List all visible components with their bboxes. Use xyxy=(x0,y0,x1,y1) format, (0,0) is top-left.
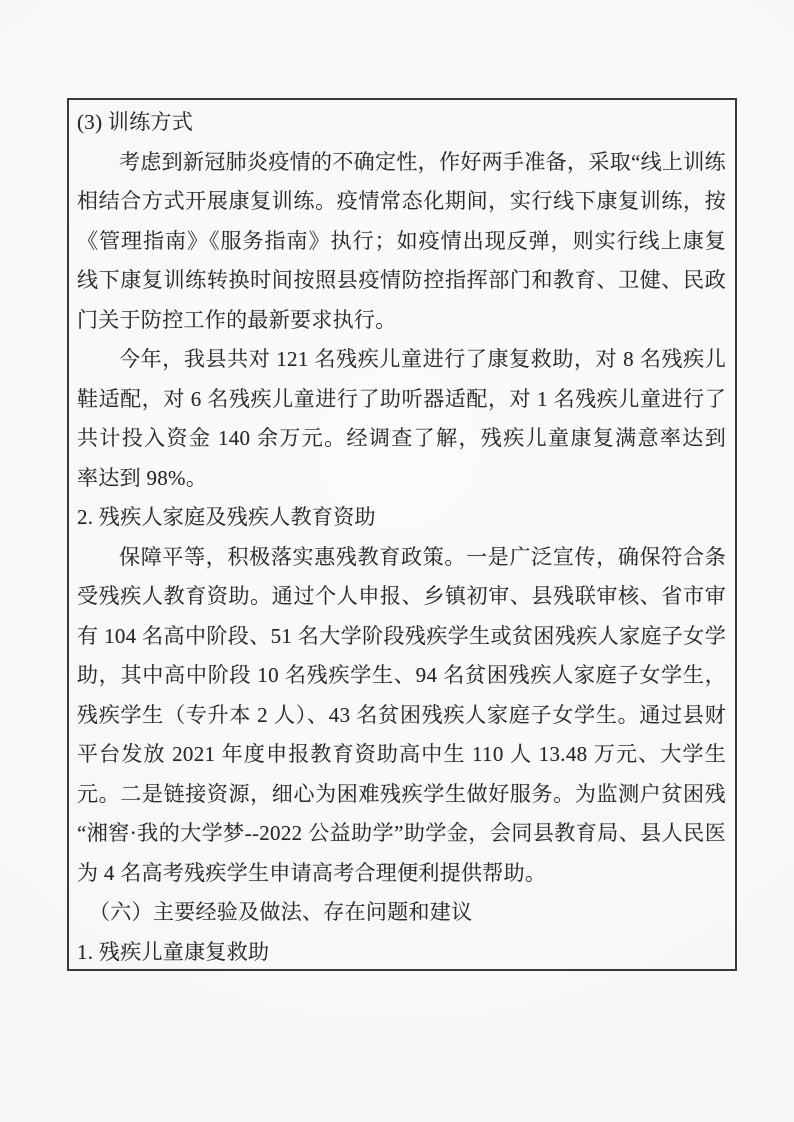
text-line: 残疾学生（专升本 2 人）、43 名贫困残疾人家庭子女学生。通过县财政局“一卡通… xyxy=(77,696,726,736)
text-line: 考虑到新冠肺炎疫情的不确定性，作好两手准备，采取“线上训练+线下训练” xyxy=(77,143,726,183)
text-line: 率达到 98%。 xyxy=(77,459,726,499)
text-line: 共计投入资金 140 余万元。经调查了解，残疾儿童康复满意率达到 100%，家长… xyxy=(77,419,726,459)
text-line: 今年，我县共对 121 名残疾儿童进行了康复救助，对 8 名残疾儿童进行了矫形 xyxy=(77,340,726,380)
text-line: 平台发放 2021 年度申报教育资助高中生 110 人 13.48 万元、大学生… xyxy=(77,735,726,775)
text-line: 门关于防控工作的最新要求执行。 xyxy=(77,301,726,341)
text-line: 2. 残疾人家庭及残疾人教育资助 xyxy=(77,498,726,538)
text-line: 《管理指南》《服务指南》执行；如疫情出现反弹，则实行线上康复训练。线上与 xyxy=(77,222,726,262)
document-body: (3) 训练方式考虑到新冠肺炎疫情的不确定性，作好两手准备，采取“线上训练+线下… xyxy=(77,103,726,971)
text-line: （六）主要经验及做法、存在问题和建议 xyxy=(77,893,726,933)
text-line: “湘窖·我的大学梦--2022 公益助学”助学金，会同县教育局、县人民医院、学校 xyxy=(77,814,726,854)
text-line: 有 104 名高中阶段、51 名大学阶段残疾学生或贫困残疾人家庭子女学生申报教育… xyxy=(77,617,726,657)
text-line: 相结合方式开展康复训练。疫情常态化期间，实行线下康复训练，按《规范通知》 xyxy=(77,182,726,222)
text-line: (3) 训练方式 xyxy=(77,103,726,143)
text-line: 保障平等，积极落实惠残教育政策。一是广泛宣传，确保符合条件的对象都享 xyxy=(77,538,726,578)
text-line: 元。二是链接资源，细心为困难残疾学生做好服务。为监测户贫困残疾大学生申报 xyxy=(77,775,726,815)
document-table-cell: (3) 训练方式考虑到新冠肺炎疫情的不确定性，作好两手准备，采取“线上训练+线下… xyxy=(67,98,737,971)
text-line: 线下康复训练转换时间按照县疫情防控指挥部门和教育、卫健、民政等行业主管部 xyxy=(77,261,726,301)
text-line: 1. 残疾儿童康复救助 xyxy=(77,933,726,972)
scanned-document-page: (3) 训练方式考虑到新冠肺炎疫情的不确定性，作好两手准备，采取“线上训练+线下… xyxy=(0,0,794,1122)
text-line: 鞋适配，对 6 名残疾儿童进行了助听器适配，对 1 名残疾儿童进行了人工耳蜗救助… xyxy=(77,380,726,420)
text-line: 助，其中高中阶段 10 名残疾学生、94 名贫困残疾人家庭子女学生，大学阶段 8… xyxy=(77,656,726,696)
text-line: 为 4 名高考残疾学生申请高考合理便利提供帮助。 xyxy=(77,854,726,894)
text-line: 受残疾人教育资助。通过个人申报、乡镇初审、县残联审核、省市审定，2022 年共 xyxy=(77,577,726,617)
